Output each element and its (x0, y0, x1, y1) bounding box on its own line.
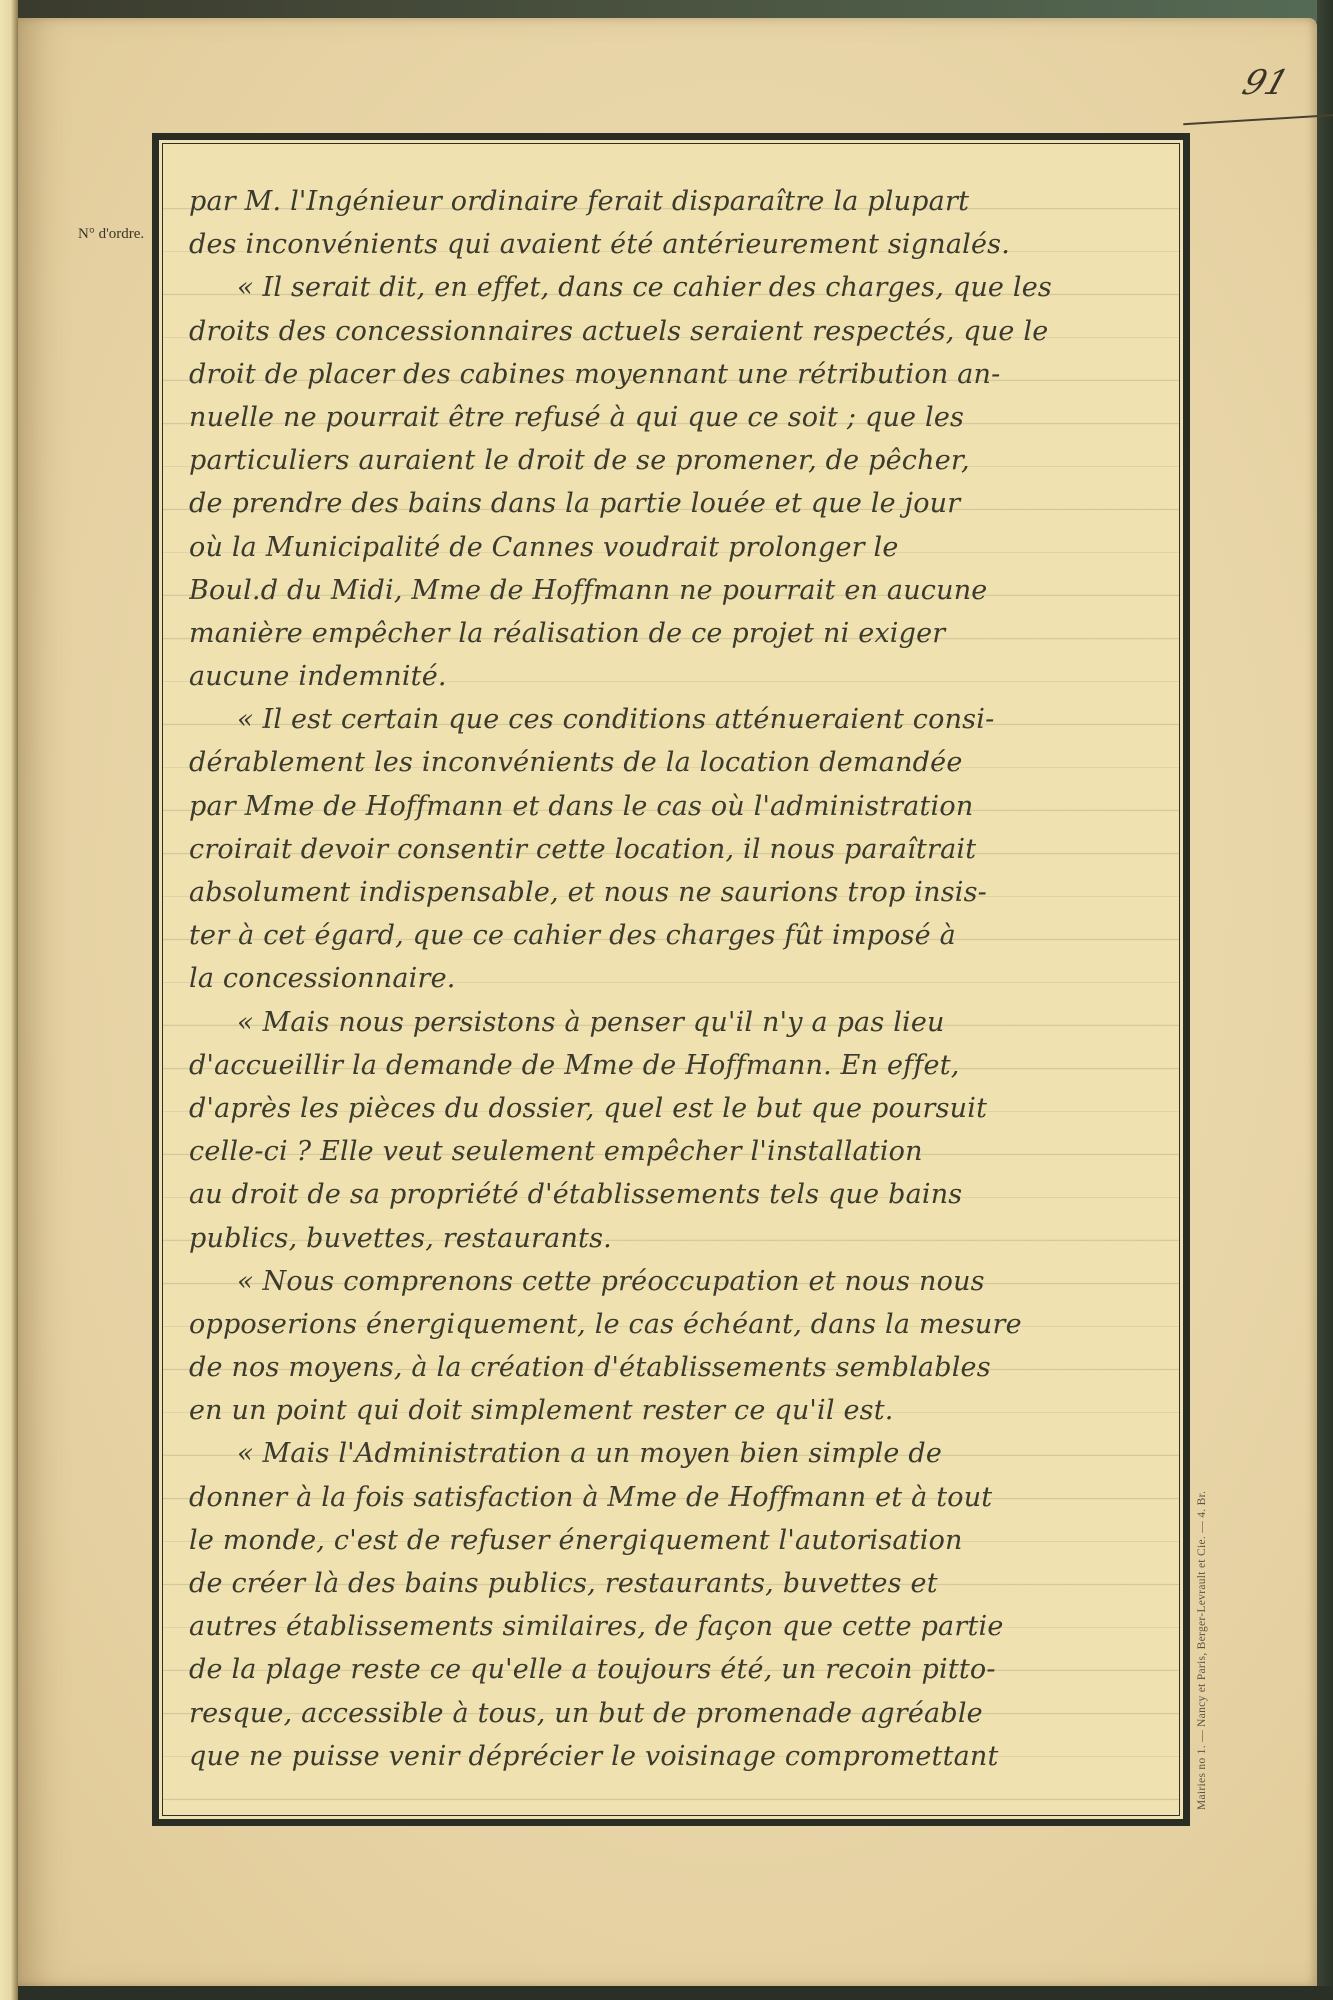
manuscript-line: au droit de sa propriété d'établissement… (189, 1173, 1165, 1216)
page-number: 91 (1238, 63, 1294, 103)
page-number-underline (1183, 114, 1333, 125)
manuscript-line: par Mme de Hoffmann et dans le cas où l'… (189, 785, 1165, 828)
manuscript-line: de nos moyens, à la création d'établisse… (189, 1346, 1165, 1389)
manuscript-line: resque, accessible à tous, un but de pro… (189, 1692, 1165, 1735)
text-frame-inner-rule: par M. l'Ingénieur ordinaire ferait disp… (162, 143, 1180, 1816)
text-frame: par M. l'Ingénieur ordinaire ferait disp… (152, 133, 1190, 1826)
facing-page-edge (0, 0, 18, 2000)
manuscript-line: de la plage reste ce qu'elle a toujours … (189, 1648, 1165, 1691)
manuscript-line: le monde, c'est de refuser énergiquement… (189, 1519, 1165, 1562)
manuscript-line: aucune indemnité. (189, 655, 1165, 698)
manuscript-line: croirait devoir consentir cette location… (189, 828, 1165, 871)
manuscript-line: droit de placer des cabines moyennant un… (189, 353, 1165, 396)
manuscript-line: que ne puisse venir déprécier le voisina… (189, 1735, 1165, 1778)
manuscript-line: droits des concessionnaires actuels sera… (189, 310, 1165, 353)
manuscript-line: « Mais nous persistons à penser qu'il n'… (189, 1001, 1165, 1044)
manuscript-line: des inconvénients qui avaient été antéri… (189, 223, 1165, 266)
manuscript-line: de créer là des bains publics, restauran… (189, 1562, 1165, 1605)
manuscript-line: publics, buvettes, restaurants. (189, 1217, 1165, 1260)
manuscript-line: celle-ci ? Elle veut seulement empêcher … (189, 1130, 1165, 1173)
manuscript-line: « Mais l'Administration a un moyen bien … (189, 1432, 1165, 1475)
manuscript-line: manière empêcher la réalisation de ce pr… (189, 612, 1165, 655)
manuscript-line: nuelle ne pourrait être refusé à qui que… (189, 396, 1165, 439)
manuscript-line: « Nous comprenons cette préoccupation et… (189, 1260, 1165, 1303)
manuscript-line: par M. l'Ingénieur ordinaire ferait disp… (189, 180, 1165, 223)
manuscript-line: « Il est certain que ces conditions atté… (189, 698, 1165, 741)
book-cover-bottom (0, 1986, 1333, 2000)
manuscript-line: dérablement les inconvénients de la loca… (189, 741, 1165, 784)
manuscript-line: absolument indispensable, et nous ne sau… (189, 871, 1165, 914)
manuscript-line: Boul.d du Midi, Mme de Hoffmann ne pourr… (189, 569, 1165, 612)
manuscript-line: autres établissements similaires, de faç… (189, 1605, 1165, 1648)
manuscript-line: de prendre des bains dans la partie loué… (189, 482, 1165, 525)
manuscript-line: particuliers auraient le droit de se pro… (189, 439, 1165, 482)
manuscript-line: « Il serait dit, en effet, dans ce cahie… (189, 266, 1165, 309)
handwritten-text: par M. l'Ingénieur ordinaire ferait disp… (189, 180, 1165, 1778)
manuscript-line: la concessionnaire. (189, 957, 1165, 1000)
manuscript-line: d'après les pièces du dossier, quel est … (189, 1087, 1165, 1130)
printer-imprint: Mairies no 1. — Nancy et Paris, Berger-L… (1196, 1491, 1208, 1810)
order-number-label: N° d'ordre. (78, 226, 144, 243)
manuscript-line: en un point qui doit simplement rester c… (189, 1389, 1165, 1432)
book-cover-right (1317, 0, 1333, 2000)
manuscript-line: d'accueillir la demande de Mme de Hoffma… (189, 1044, 1165, 1087)
manuscript-line: où la Municipalité de Cannes voudrait pr… (189, 526, 1165, 569)
manuscript-line: opposerions énergiquement, le cas échéan… (189, 1303, 1165, 1346)
manuscript-line: ter à cet égard, que ce cahier des charg… (189, 914, 1165, 957)
manuscript-line: donner à la fois satisfaction à Mme de H… (189, 1476, 1165, 1519)
